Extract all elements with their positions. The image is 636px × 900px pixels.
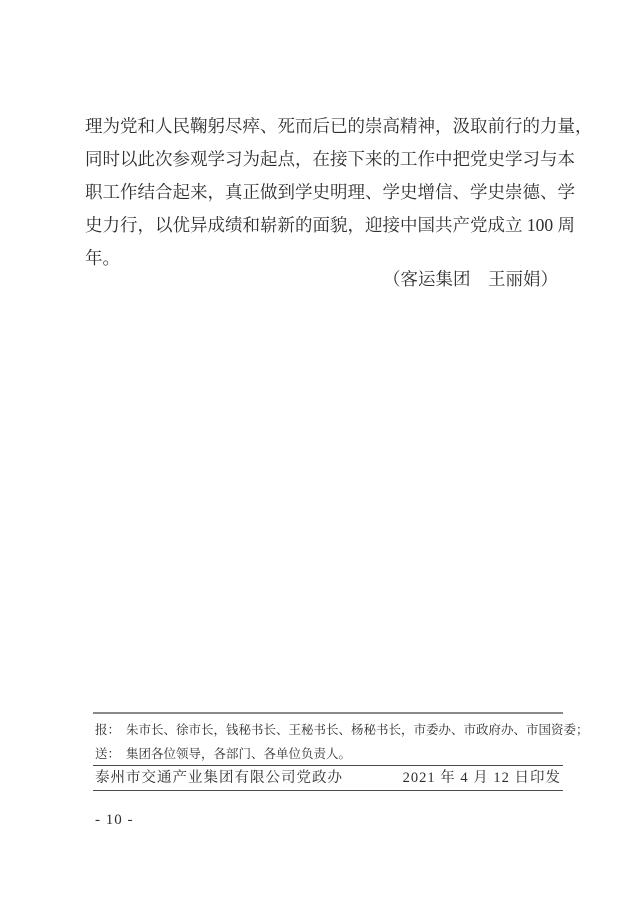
issue-date: 2021 年 4 月 12 日印发 xyxy=(403,768,561,789)
main-paragraph: 理为党和人民鞠躬尽瘁、死而后已的崇高精神，汲取前行的力量， 同时以此次参观学习为… xyxy=(85,110,562,275)
send-recipients: 集团各位领导，各部门、各单位负责人。 xyxy=(126,747,351,761)
document-page: 理为党和人民鞠躬尽瘁、死而后已的崇高精神，汲取前行的力量， 同时以此次参观学习为… xyxy=(0,0,636,900)
report-label: 报： xyxy=(95,723,120,737)
page-number: - 10 - xyxy=(95,812,134,829)
footer-bottom-divider xyxy=(93,790,563,791)
paragraph-line: 理为党和人民鞠躬尽瘁、死而后已的崇高精神，汲取前行的力量， xyxy=(85,110,562,143)
paragraph-line: 同时以此次参观学习为起点，在接下来的工作中把党史学习与本 xyxy=(85,143,562,176)
footer-middle-divider xyxy=(93,765,563,766)
send-label: 送： xyxy=(95,747,120,761)
footer-issue-row: 泰州市交通产业集团有限公司党政办 2021 年 4 月 12 日印发 xyxy=(95,768,561,789)
signature: （客运集团 王丽娟） xyxy=(85,263,562,296)
footer-send-line: 送：集团各位领导，各部门、各单位负责人。 xyxy=(95,743,563,766)
paragraph-line: 史力行，以优异成绩和崭新的面貌，迎接中国共产党成立 100 周 xyxy=(85,209,562,242)
paragraph-line: 职工作结合起来，真正做到学史明理、学史增信、学史崇德、学 xyxy=(85,176,562,209)
footer-top-divider xyxy=(93,712,563,714)
issuer-name: 泰州市交通产业集团有限公司党政办 xyxy=(95,768,343,789)
report-recipients: 朱市长、徐市长，钱秘书长、王秘书长、杨秘书长，市委办、市政府办、市国资委； xyxy=(126,723,589,737)
footer-report-line: 报：朱市长、徐市长，钱秘书长、王秘书长、杨秘书长，市委办、市政府办、市国资委； xyxy=(95,719,563,742)
